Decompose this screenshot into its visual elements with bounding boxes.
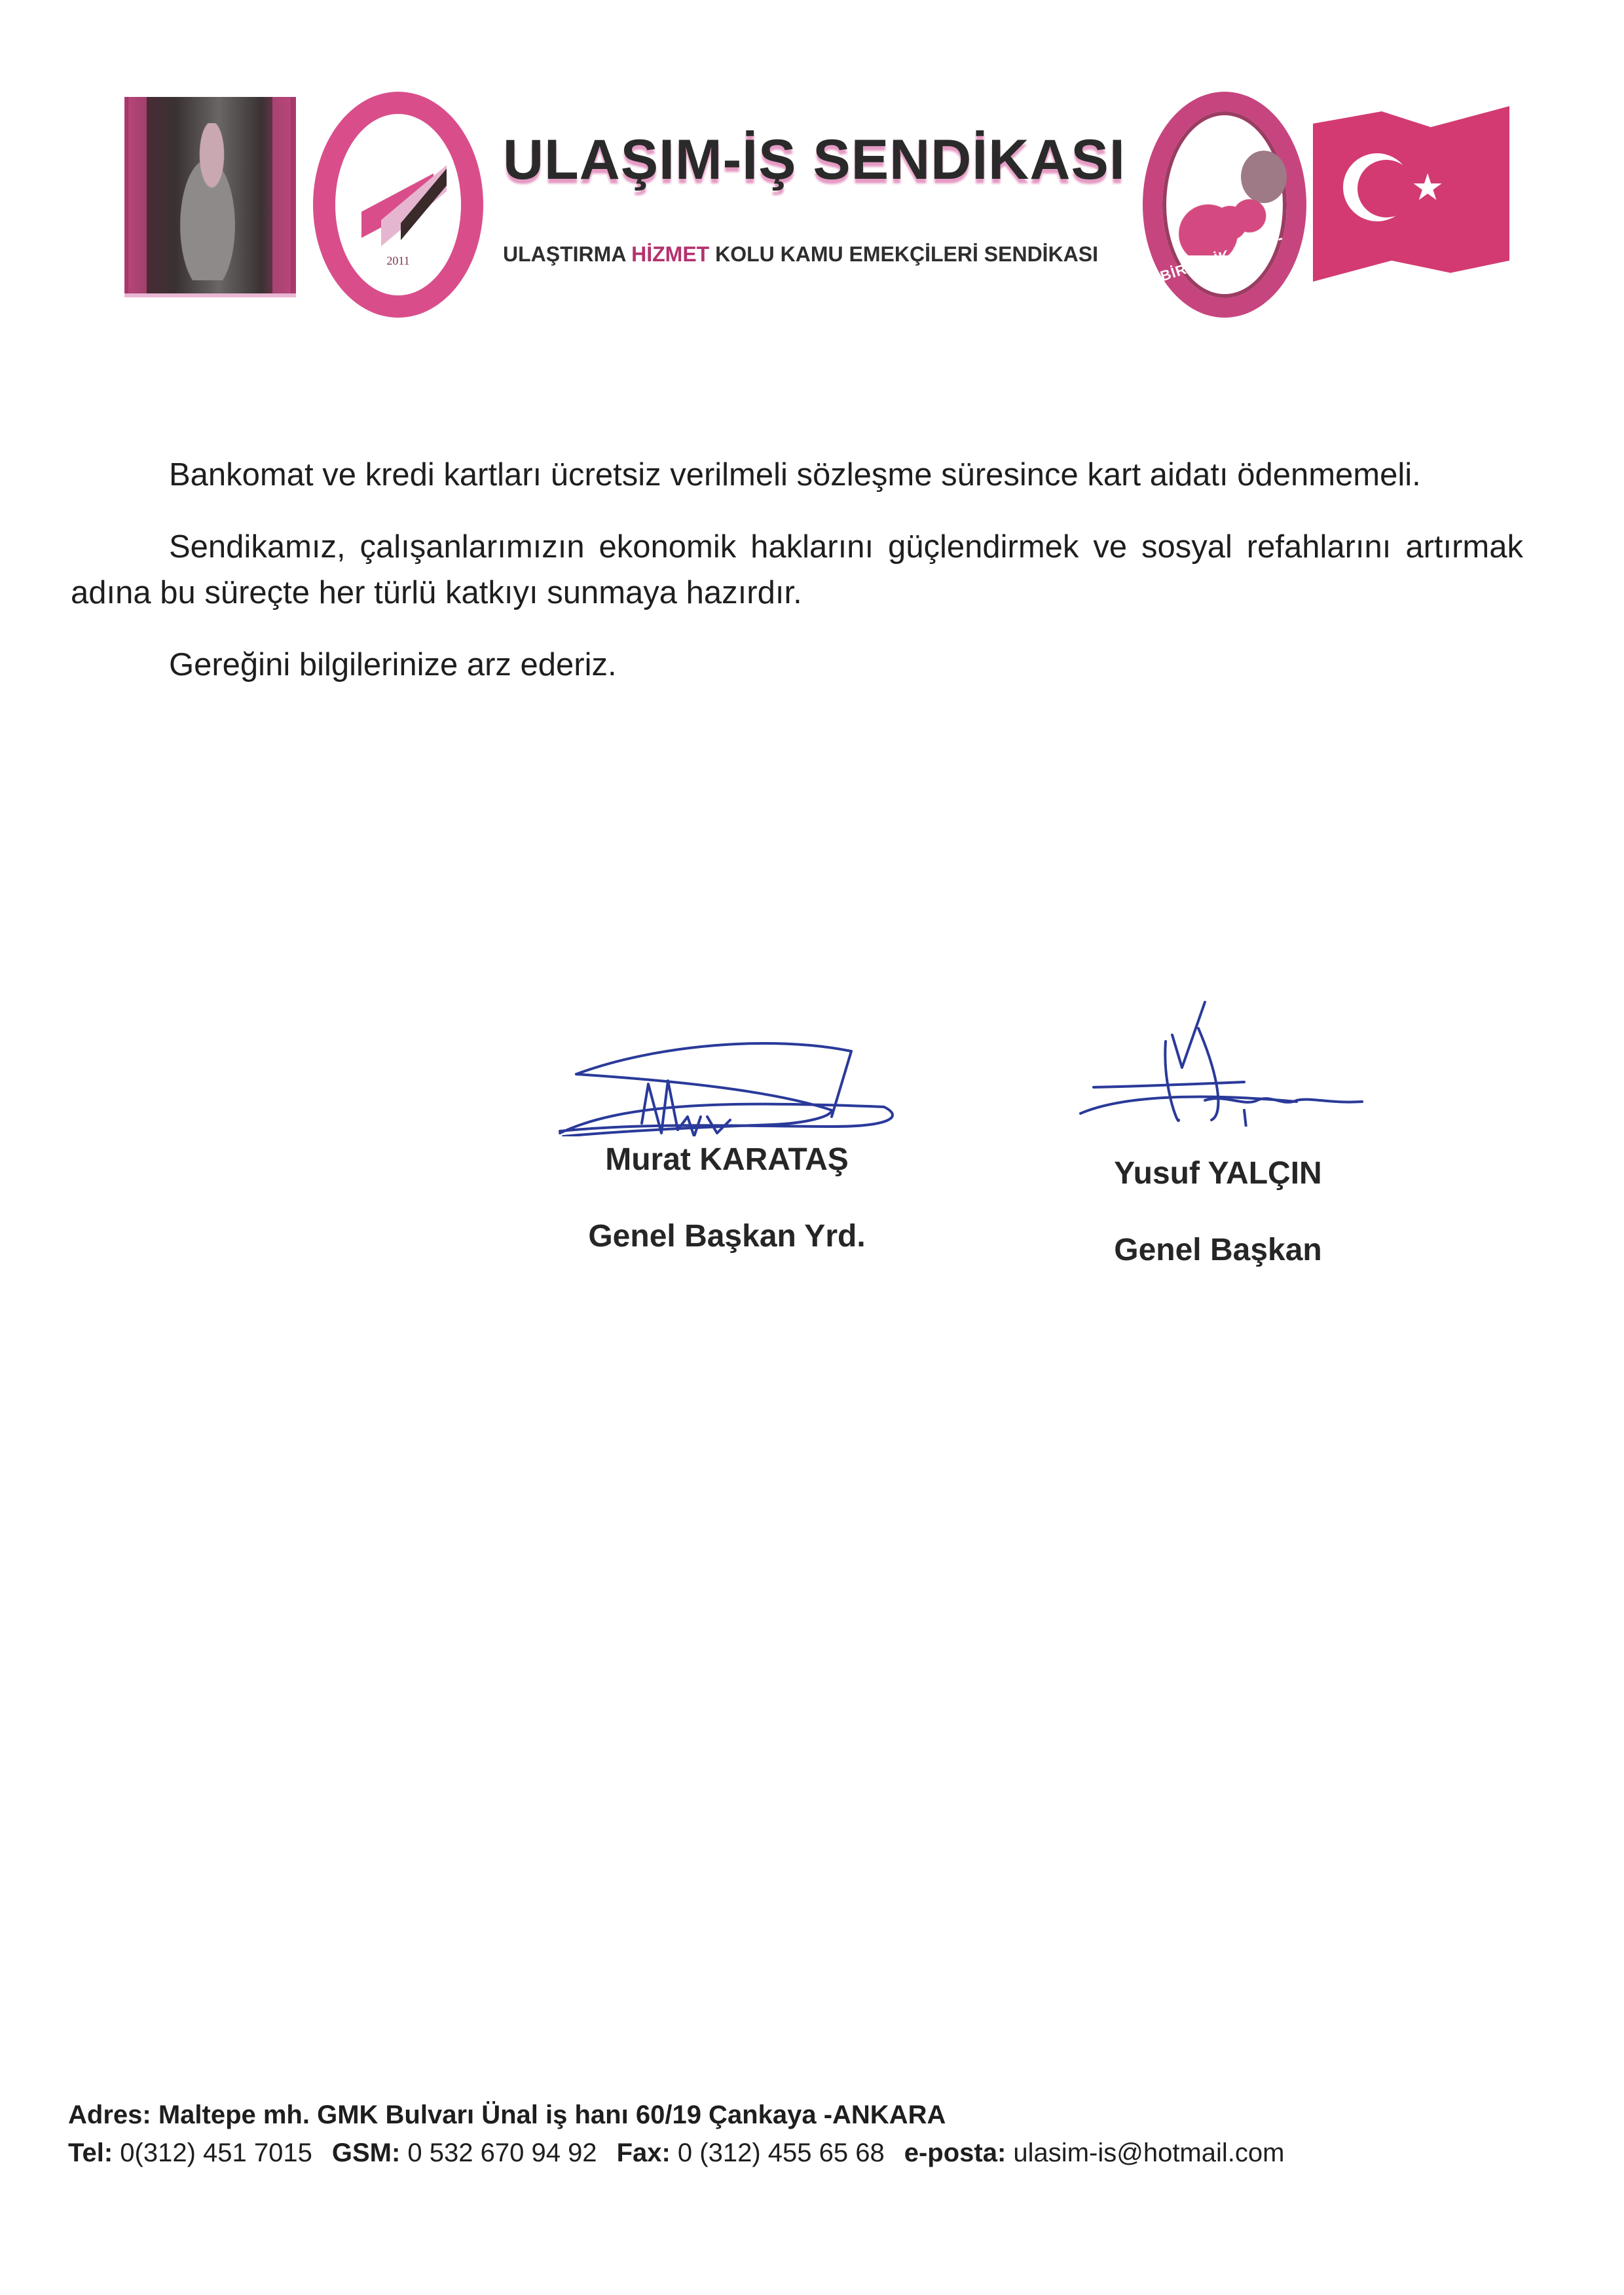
signature-block: Murat KARATAŞ Genel Başkan Yrd. — [544, 1018, 910, 1254]
org-subtitle-part: ULAŞTIRMA — [503, 242, 631, 266]
curtain-left — [128, 97, 147, 293]
org-subtitle-part: HİZMET — [631, 242, 715, 266]
signatory-name: Murat KARATAŞ — [544, 1142, 910, 1178]
star-icon: ★ — [1411, 169, 1444, 206]
handwritten-signature-icon — [1048, 996, 1388, 1127]
paragraph: Gereğini bilgilerinize arz ederiz. — [71, 642, 1523, 688]
signatory-title: Genel Başkan — [1041, 1232, 1395, 1268]
letter-body: Bankomat ve kredi kartları ücretsiz veri… — [71, 452, 1523, 688]
contact-footer: Adres: Maltepe mh. GMK Bulvarı Ünal iş h… — [68, 2096, 1284, 2172]
paragraph: Bankomat ve kredi kartları ücretsiz veri… — [71, 452, 1523, 498]
letterhead: 2011 ULAŞIM-İŞ SENDİKASI ULAŞTIRMA HİZME… — [124, 92, 1506, 318]
email-value[interactable]: ulasim-is@hotmail.com — [1006, 2138, 1284, 2167]
ulasim-is-seal-icon: 2011 — [313, 92, 483, 318]
gsm-value: 0 532 670 94 92 — [400, 2138, 597, 2167]
portrait-photo — [124, 97, 296, 293]
turkish-flag-icon: ★ — [1313, 106, 1509, 282]
address-value: Maltepe mh. GMK Bulvarı Ünal iş hanı 60/… — [151, 2100, 946, 2129]
crescent-icon — [1343, 153, 1411, 221]
address-line: Adres: Maltepe mh. GMK Bulvarı Ünal iş h… — [68, 2096, 1284, 2134]
contact-line: Tel: 0(312) 451 7015GSM: 0 532 670 94 92… — [68, 2134, 1284, 2172]
org-subtitle-part: KOLU KAMU EMEKÇİLERİ SENDİKASI — [715, 242, 1098, 266]
signature-block: Yusuf YALÇIN Genel Başkan — [1041, 996, 1395, 1268]
handwritten-signature-icon — [557, 1018, 897, 1136]
org-subtitle: ULAŞTIRMA HİZMET KOLU KAMU EMEKÇİLERİ SE… — [503, 242, 1098, 267]
portrait-figure — [165, 123, 250, 280]
address-label: Adres: — [68, 2100, 151, 2129]
paragraph: Sendikamız, çalışanlarımızın ekonomik ha… — [71, 524, 1523, 616]
fax-value: 0 (312) 455 65 68 — [671, 2138, 885, 2167]
seal-year: 2011 — [335, 254, 461, 268]
birlesik-kamu-is-seal-icon: BİRLEŞİK KAMU-İŞ — [1143, 92, 1306, 318]
gsm-label: GSM: — [332, 2138, 400, 2167]
tel-label: Tel: — [68, 2138, 113, 2167]
org-title: ULAŞIM-İŞ SENDİKASI — [503, 128, 1126, 193]
tel-value: 0(312) 451 7015 — [113, 2138, 312, 2167]
signatory-name: Yusuf YALÇIN — [1041, 1155, 1395, 1191]
fax-label: Fax: — [617, 2138, 671, 2167]
email-label: e-posta: — [904, 2138, 1006, 2167]
signatory-title: Genel Başkan Yrd. — [544, 1218, 910, 1254]
curtain-right — [272, 97, 291, 293]
